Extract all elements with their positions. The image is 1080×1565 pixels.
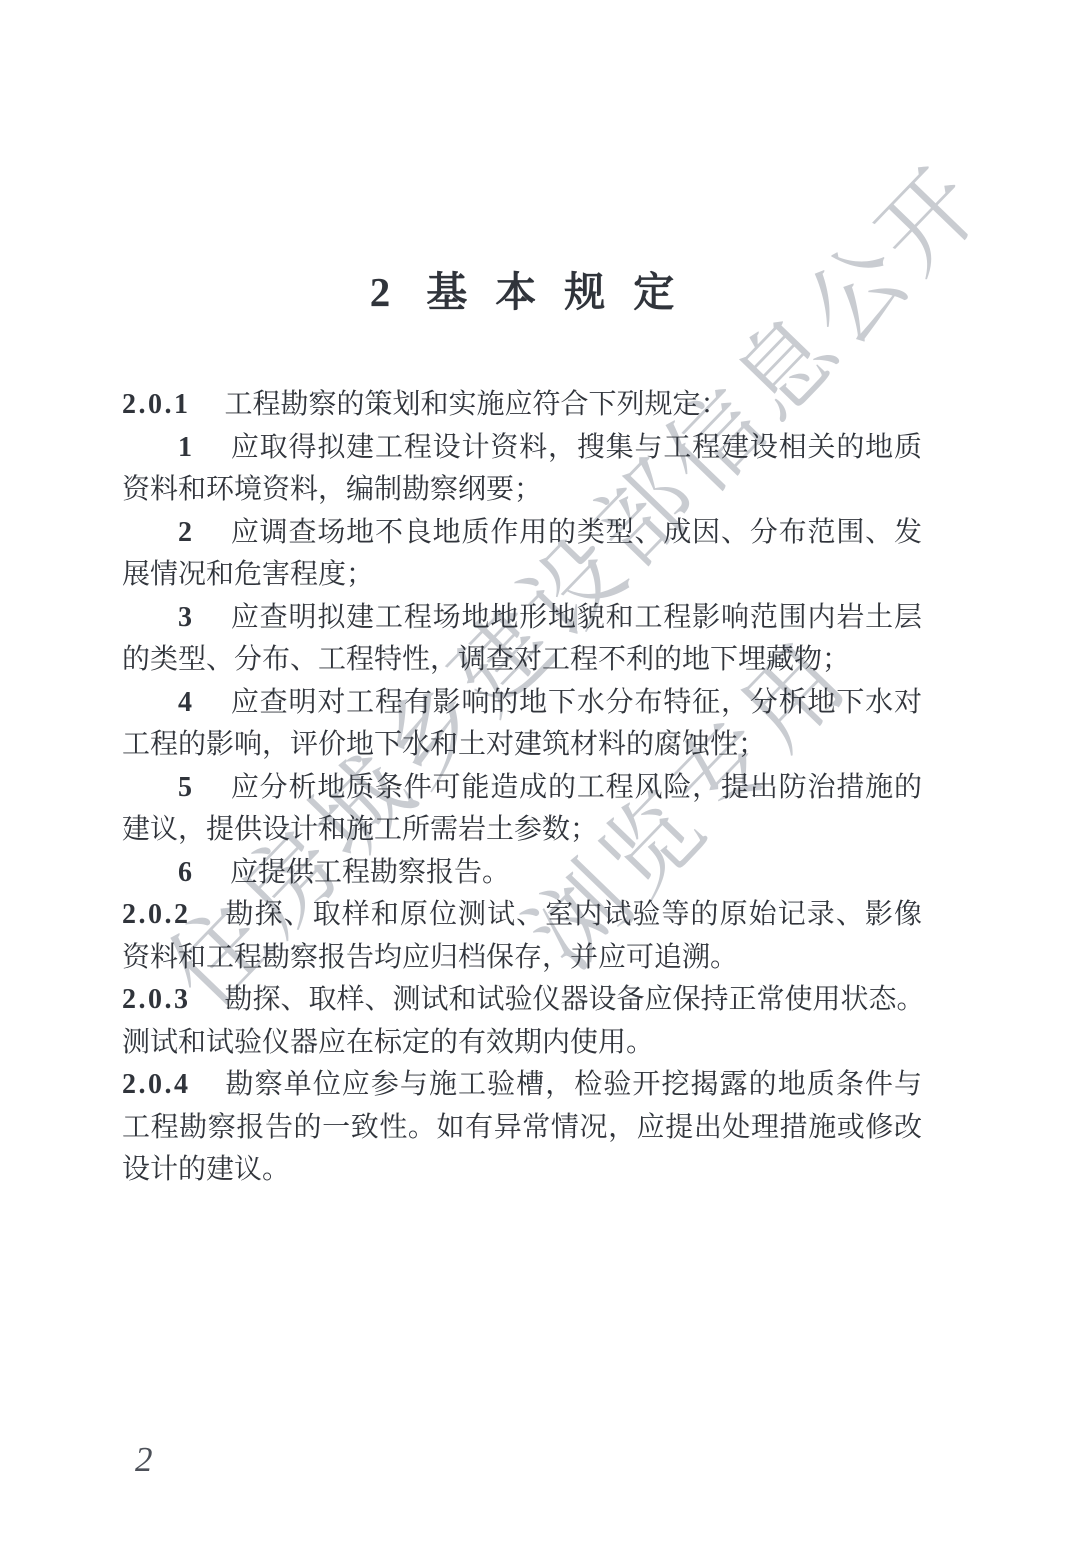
- clause-line: 工程的影响，评价地下水和土对建筑材料的腐蚀性；: [122, 724, 922, 767]
- line-text: 资料和环境资料，编制勘察纲要；: [122, 474, 542, 505]
- clause-line: 的类型、分布、工程特性，调查对工程不利的地下埋藏物；: [122, 639, 922, 682]
- line-text: 建议，提供设计和施工所需岩土参数；: [122, 814, 598, 845]
- item-number: 4: [178, 687, 192, 718]
- line-text: 勘探、取样和原位测试、室内试验等的原始记录、影像: [225, 899, 923, 930]
- page-number: 2: [135, 1440, 153, 1480]
- line-text: 勘察单位应参与施工验槽，检验开挖揭露的地质条件与: [225, 1069, 923, 1100]
- line-text: 勘探、取样、测试和试验仪器设备应保持正常使用状态。: [225, 984, 925, 1015]
- clause-line: 展情况和危害程度；: [122, 554, 922, 597]
- section-number: 2: [370, 266, 391, 318]
- clause-line: 4应查明对工程有影响的地下水分布特征，分析地下水对: [122, 682, 922, 725]
- line-text: 应取得拟建工程设计资料，搜集与工程建设相关的地质: [230, 432, 922, 463]
- clause-line: 6应提供工程勘察报告。: [122, 852, 922, 895]
- item-number: 2: [178, 517, 192, 548]
- item-number: 5: [178, 772, 192, 803]
- clause-line: 测试和试验仪器应在标定的有效期内使用。: [122, 1022, 922, 1065]
- line-text: 设计的建议。: [122, 1154, 290, 1185]
- clause-number: 2.0.2: [122, 899, 191, 930]
- clause-line: 1应取得拟建工程设计资料，搜集与工程建设相关的地质: [122, 427, 922, 470]
- line-text: 的类型、分布、工程特性，调查对工程不利的地下埋藏物；: [122, 644, 850, 675]
- line-text: 应查明对工程有影响的地下水分布特征，分析地下水对: [230, 687, 922, 718]
- line-text: 应分析地质条件可能造成的工程风险，提出防治措施的: [230, 772, 922, 803]
- clause-number: 2.0.4: [122, 1069, 191, 1100]
- clause-line: 2.0.4勘察单位应参与施工验槽，检验开挖揭露的地质条件与: [122, 1064, 922, 1107]
- document-page: 住房城乡建设部信息公开 浏览专用 2基本规定 2.0.1工程勘察的策划和实施应符…: [0, 0, 1080, 1565]
- clause-line: 资料和环境资料，编制勘察纲要；: [122, 469, 922, 512]
- line-text: 展情况和危害程度；: [122, 559, 374, 590]
- item-number: 3: [178, 602, 192, 633]
- clause-number: 2.0.3: [122, 984, 191, 1015]
- clause-line: 2.0.1工程勘察的策划和实施应符合下列规定：: [122, 384, 922, 427]
- item-number: 6: [178, 857, 192, 888]
- clause-line: 建议，提供设计和施工所需岩土参数；: [122, 809, 922, 852]
- line-text: 测试和试验仪器应在标定的有效期内使用。: [122, 1027, 654, 1058]
- clause-line: 2应调查场地不良地质作用的类型、成因、分布范围、发: [122, 512, 922, 555]
- clause-line: 2.0.2勘探、取样和原位测试、室内试验等的原始记录、影像: [122, 894, 922, 937]
- clause-line: 5应分析地质条件可能造成的工程风险，提出防治措施的: [122, 767, 922, 810]
- line-text: 工程勘察报告的一致性。如有异常情况，应提出处理措施或修改: [122, 1112, 922, 1143]
- item-number: 1: [178, 432, 192, 463]
- line-text: 应提供工程勘察报告。: [230, 857, 510, 888]
- clause-line: 工程勘察报告的一致性。如有异常情况，应提出处理措施或修改: [122, 1107, 922, 1150]
- section-title-text: 基本规定: [426, 266, 702, 318]
- line-text: 应调查场地不良地质作用的类型、成因、分布范围、发: [230, 517, 922, 548]
- clause-line: 3应查明拟建工程场地地形地貌和工程影响范围内岩土层: [122, 597, 922, 640]
- clause-text-block: 2.0.1工程勘察的策划和实施应符合下列规定： 1应取得拟建工程设计资料，搜集与…: [122, 384, 922, 1192]
- clause-number: 2.0.1: [122, 389, 191, 420]
- clause-line: 设计的建议。: [122, 1149, 922, 1192]
- line-text: 应查明拟建工程场地地形地貌和工程影响范围内岩土层: [230, 602, 922, 633]
- clause-line: 资料和工程勘察报告均应归档保存，并应可追溯。: [122, 937, 922, 980]
- line-text: 工程的影响，评价地下水和土对建筑材料的腐蚀性；: [122, 729, 766, 760]
- line-text: 工程勘察的策划和实施应符合下列规定：: [225, 389, 729, 420]
- clause-line: 2.0.3勘探、取样、测试和试验仪器设备应保持正常使用状态。: [122, 979, 922, 1022]
- section-title: 2基本规定: [122, 266, 922, 318]
- line-text: 资料和工程勘察报告均应归档保存，并应可追溯。: [122, 942, 738, 973]
